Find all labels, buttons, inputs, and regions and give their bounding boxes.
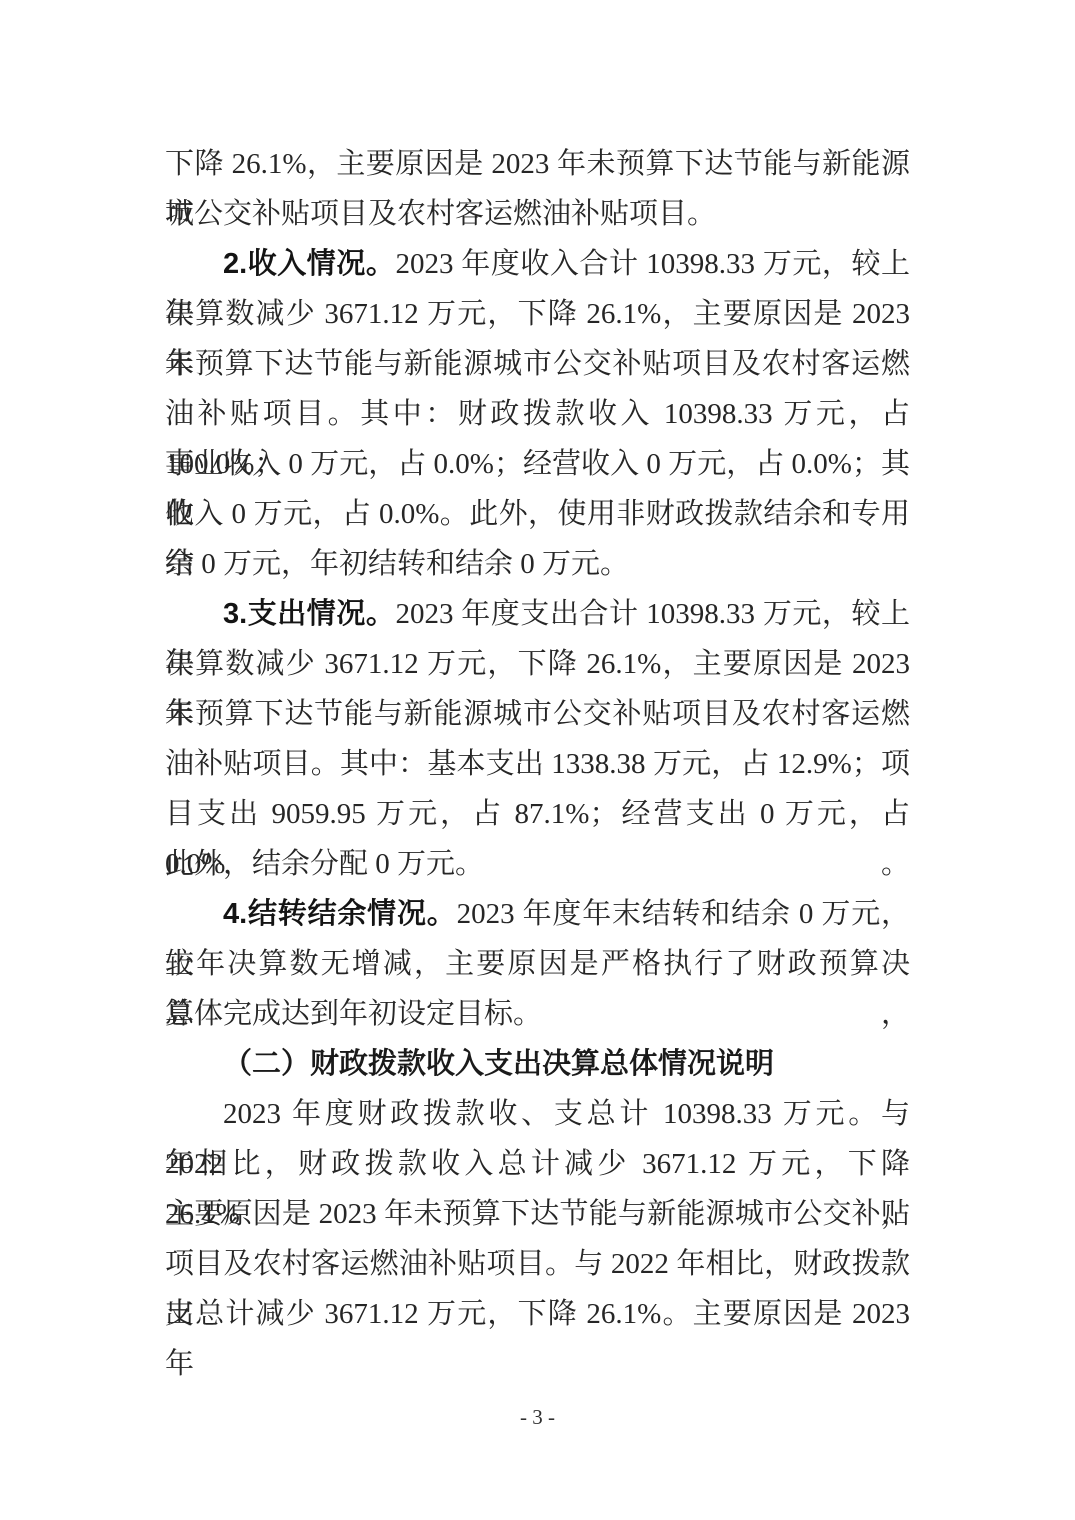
text-line: 4.结转结余情况。2023 年度年末结转和结余 0 万元，较	[165, 889, 910, 939]
text-line: 事业收入 0 万元，占 0.0%；经营收入 0 万元，占 0.0%；其他	[165, 439, 910, 489]
text-line: 余 0 万元，年初结转和结余 0 万元。	[165, 539, 910, 589]
body-text: 油补贴项目。其中：基本支出 1338.38 万元，占 12.9%；项	[165, 748, 910, 780]
text-line: 项目及农村客运燃油补贴项目。与 2022 年相比，财政拨款支	[165, 1239, 910, 1289]
text-line: 未预算下达节能与新能源城市公交补贴项目及农村客运燃	[165, 689, 910, 739]
page-footer: - 3 -	[0, 1404, 1075, 1430]
body-text: 主要原因是 2023 年未预算下达节能与新能源城市公交补贴	[165, 1198, 910, 1230]
text-line: 目支出 9059.95 万元，占 87.1%；经营支出 0 万元，占 0.0%。	[165, 789, 910, 839]
body-text: 市公交补贴项目及农村客运燃油补贴项目。	[165, 198, 716, 230]
paragraph-lead-label: 4.结转结余情况。	[223, 898, 457, 930]
text-line: （二）财政拨款收入支出决算总体情况说明	[165, 1039, 910, 1089]
body-text: 余 0 万元，年初结转和结余 0 万元。	[165, 548, 629, 580]
text-line: 收入 0 万元，占 0.0%。此外，使用非财政拨款结余和专用结	[165, 489, 910, 539]
section-heading: （二）财政拨款收入支出决算总体情况说明	[223, 1048, 774, 1080]
body-text: 总体完成达到年初设定目标。	[165, 998, 542, 1030]
text-line: 上年决算数无增减，主要原因是严格执行了财政预算决算，	[165, 939, 910, 989]
text-line: 未预算下达节能与新能源城市公交补贴项目及农村客运燃	[165, 339, 910, 389]
body-text: 此外，结余分配 0 万元。	[165, 848, 484, 880]
document-body: 下降 26.1%，主要原因是 2023 年未预算下达节能与新能源城市公交补贴项目…	[165, 139, 910, 1339]
text-line: 油补贴项目。其中：基本支出 1338.38 万元，占 12.9%；项	[165, 739, 910, 789]
body-text: 未预算下达节能与新能源城市公交补贴项目及农村客运燃	[165, 348, 910, 380]
text-line: 年相比，财政拨款收入总计减少 3671.12 万元，下降 26.1%，	[165, 1139, 910, 1189]
text-line: 下降 26.1%，主要原因是 2023 年未预算下达节能与新能源城	[165, 139, 910, 189]
paragraph-lead-label: 2.收入情况。	[223, 248, 395, 280]
text-line: 出总计减少 3671.12 万元，下降 26.1%。主要原因是 2023 年	[165, 1289, 910, 1339]
page-number: - 3 -	[520, 1405, 555, 1429]
document-page: 下降 26.1%，主要原因是 2023 年未预算下达节能与新能源城市公交补贴项目…	[0, 0, 1075, 1520]
text-line: 3.支出情况。2023 年度支出合计 10398.33 万元，较上年	[165, 589, 910, 639]
text-line: 决算数减少 3671.12 万元，下降 26.1%，主要原因是 2023 年	[165, 289, 910, 339]
body-text: 出总计减少 3671.12 万元，下降 26.1%。主要原因是 2023 年	[165, 1298, 910, 1380]
paragraph-lead-label: 3.支出情况。	[223, 598, 395, 630]
text-line: 2.收入情况。2023 年度收入合计 10398.33 万元，较上年	[165, 239, 910, 289]
text-line: 市公交补贴项目及农村客运燃油补贴项目。	[165, 189, 910, 239]
text-line: 主要原因是 2023 年未预算下达节能与新能源城市公交补贴	[165, 1189, 910, 1239]
text-line: 决算数减少 3671.12 万元，下降 26.1%，主要原因是 2023 年	[165, 639, 910, 689]
text-line: 2023 年度财政拨款收、支总计 10398.33 万元。与 2022	[165, 1089, 910, 1139]
text-line: 油补贴项目。其中：财政拨款收入 10398.33 万元，占 100.0%；	[165, 389, 910, 439]
body-text: 未预算下达节能与新能源城市公交补贴项目及农村客运燃	[165, 698, 910, 730]
